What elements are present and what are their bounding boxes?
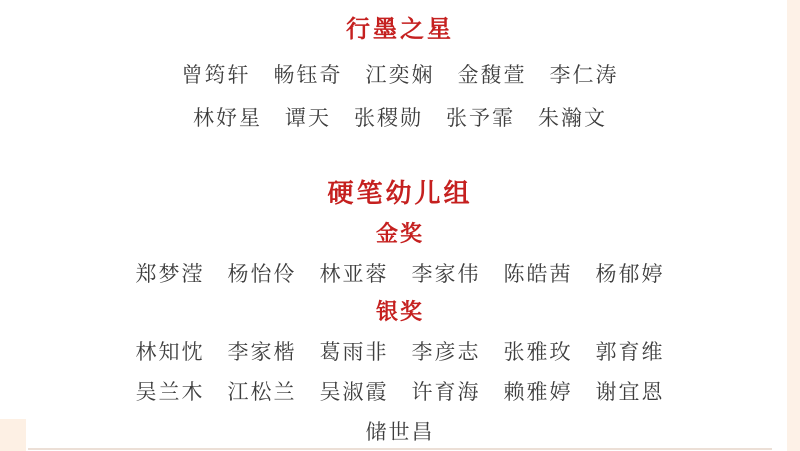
divider-line [28,448,772,450]
name-row: 郑梦滢 杨怡伶 林亚蓉 李家伟 陈皓茜 杨郁婷 [0,260,800,288]
award-title-gold: 金奖 [0,222,800,248]
name-row: 林妤星 谭天 张稷勋 张予霏 朱瀚文 [0,104,800,132]
section-title-xingmo-star: 行墨之星 [0,0,800,44]
name-row: 曾筠轩 畅钰奇 江奕娴 金馥萱 李仁涛 [0,61,800,89]
section-title-hardpen-kids-group: 硬笔幼儿组 [0,132,800,210]
name-row: 林知忱 李家楷 葛雨非 李彦志 张雅玫 郭育维 [0,338,800,366]
name-row: 储世昌 [0,418,800,446]
document-page: 行墨之星 曾筠轩 畅钰奇 江奕娴 金馥萱 李仁涛 林妤星 谭天 张稷勋 张予霏 … [0,0,800,451]
award-title-silver: 银奖 [0,300,800,326]
name-row: 吴兰木 江松兰 吴淑霞 许育海 赖雅婷 谢宜恩 [0,378,800,406]
award-list-content: 行墨之星 曾筠轩 畅钰奇 江奕娴 金馥萱 李仁涛 林妤星 谭天 张稷勋 张予霏 … [0,0,800,451]
